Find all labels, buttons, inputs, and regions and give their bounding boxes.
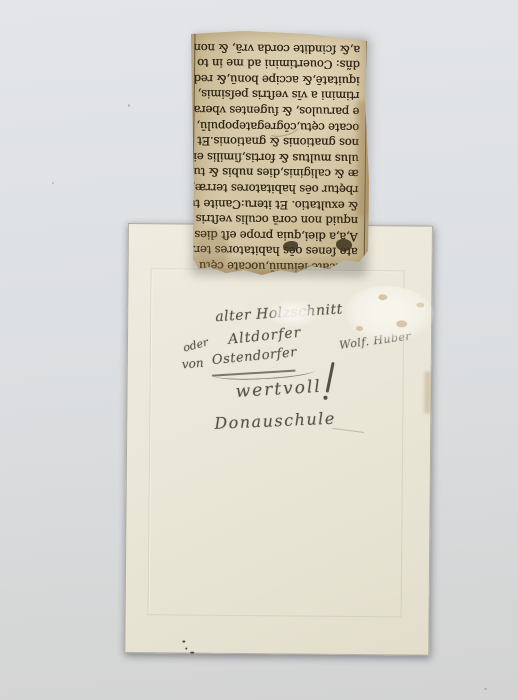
print-line: nquid non corā oculis veſtris [197,211,358,229]
dust-speck [128,104,130,107]
print-line: iquitatē,& accipe bonū,& red [199,70,360,88]
ink-speck [190,652,194,654]
print-line: & exultatio. Et iteru:Canite tu [197,195,358,213]
print-line: e paruulos, & ſugentes vbera [198,101,359,119]
note-card: alter Holzschnitt Altdorfer oder von Ost… [124,223,433,656]
tape-residue-spot [346,286,434,343]
residue-fleck [396,320,407,327]
print-line: rtimini a vīs veſtris peſsimis, [199,86,360,104]
annotation-exclamation-dot [323,396,327,400]
printed-fragment: ctificate ieiuniū,uocate cętū ate ſenes … [189,31,370,279]
residue-fleck [416,303,424,308]
photograph-stage: alter Holzschnitt Altdorfer oder von Ost… [0,0,518,700]
edge-stain [424,372,430,414]
ink-speck [185,648,187,650]
note-card-paper: alter Holzschnitt Altdorfer oder von Ost… [124,223,433,656]
print-line: æ & caliginis,dies nubis & tur [198,164,359,182]
residue-fleck [356,326,363,331]
print-line: rbętur oēs habitatores terræ, [198,179,359,197]
scuff-spot [268,299,318,327]
print-line: dñs: Couertimini ad me in to [199,55,360,73]
ink-blot [336,239,352,251]
annotation-von: von [181,356,204,372]
dust-speck [484,688,487,690]
dust-speck [52,182,54,184]
print-line: ulus multus & fortis,ſimilis ei [198,148,359,166]
print-line: a,& ſcindite corda vrā, & non [199,39,360,57]
ink-speck [182,640,185,642]
residue-fleck [378,294,387,300]
